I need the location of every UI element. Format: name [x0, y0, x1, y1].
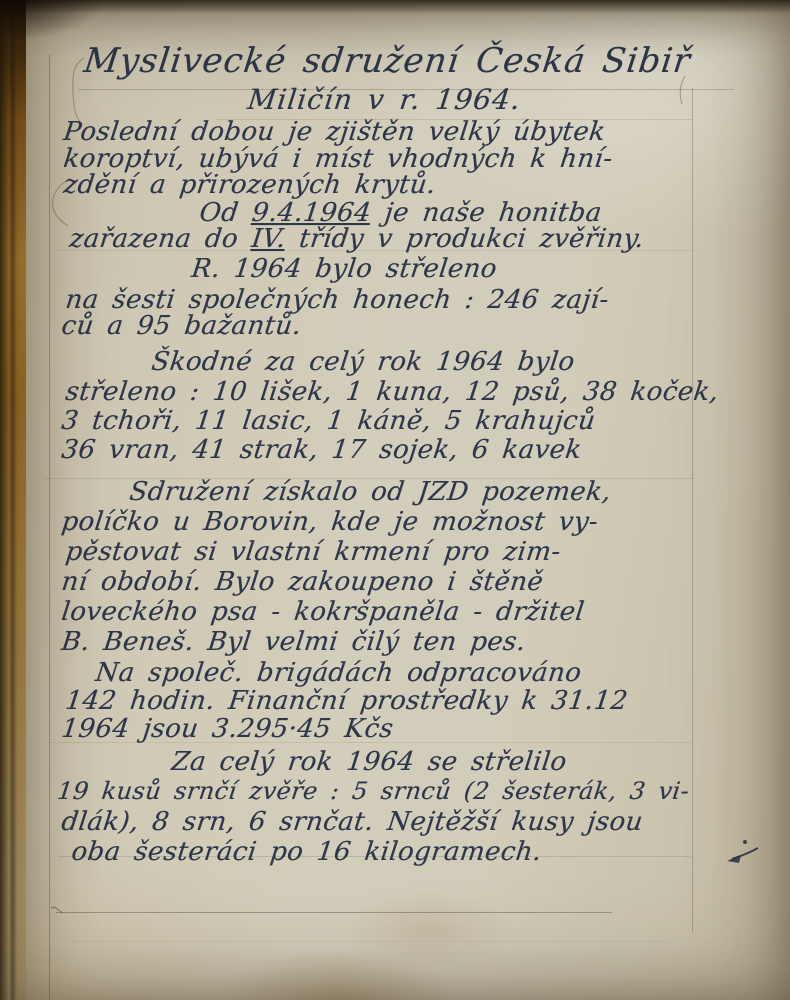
body-line: Škodné za celý rok 1964 bylo: [150, 349, 576, 375]
body-line: 19 kusů srnčí zvěře : 5 srnců (2 šesterá…: [56, 779, 691, 803]
body-line: B. Beneš. Byl velmi čilý ten pes.: [60, 629, 527, 655]
body-line: Od 9.4.1964 je naše honitba: [198, 200, 603, 226]
body-line: střeleno : 10 lišek, 1 kuna, 12 psů, 38 …: [64, 379, 720, 405]
body-line: Na společ. brigádách odpracováno: [94, 660, 583, 686]
body-line: Za celý rok 1964 se střelilo: [170, 749, 568, 775]
body-line: políčko u Borovin, kde je možnost vy-: [60, 509, 600, 535]
body-line: 1964 jsou 3.295·45 Kčs: [60, 716, 395, 742]
body-line: koroptví, ubývá i míst vhodných k hní-: [62, 146, 614, 172]
subtitle-line: Miličín v r. 1964.: [246, 86, 523, 114]
body-line: 3 tchoři, 11 lasic, 1 káně, 5 krahujců: [60, 408, 597, 434]
body-line: Poslední dobou je zjištěn velký úbytek: [62, 119, 607, 145]
book-spine: [0, 0, 26, 1000]
body-line: 142 hodin. Finanční prostředky k 31.12: [64, 688, 629, 714]
body-line: Sdružení získalo od JZD pozemek,: [128, 479, 612, 505]
body-line: dlák), 8 srn, 6 srnčat. Nejtěžší kusy js…: [60, 809, 644, 835]
title-line: Myslivecké sdružení Česká Sibiř: [82, 44, 693, 78]
body-line: R. 1964 bylo střeleno: [190, 256, 498, 282]
body-line: na šesti společných honech : 246 zají-: [64, 287, 610, 313]
body-line: loveckého psa - kokršpaněla - držitel: [60, 599, 586, 625]
body-line: oba šesteráci po 16 kilogramech.: [70, 839, 543, 865]
body-line: zařazena do IV. třídy v produkci zvěřiny…: [68, 226, 645, 252]
body-line: ní období. Bylo zakoupeno i štěně: [60, 569, 545, 595]
body-line: ců a 95 bažantů.: [60, 313, 303, 339]
body-line: 36 vran, 41 strak, 17 sojek, 6 kavek: [60, 437, 583, 463]
body-line: pěstovat si vlastní krmení pro zim-: [64, 539, 562, 565]
body-line: zdění a přirozených krytů.: [62, 172, 437, 198]
photo-frame: Myslivecké sdružení Česká SibiřMiličín v…: [0, 0, 790, 1000]
